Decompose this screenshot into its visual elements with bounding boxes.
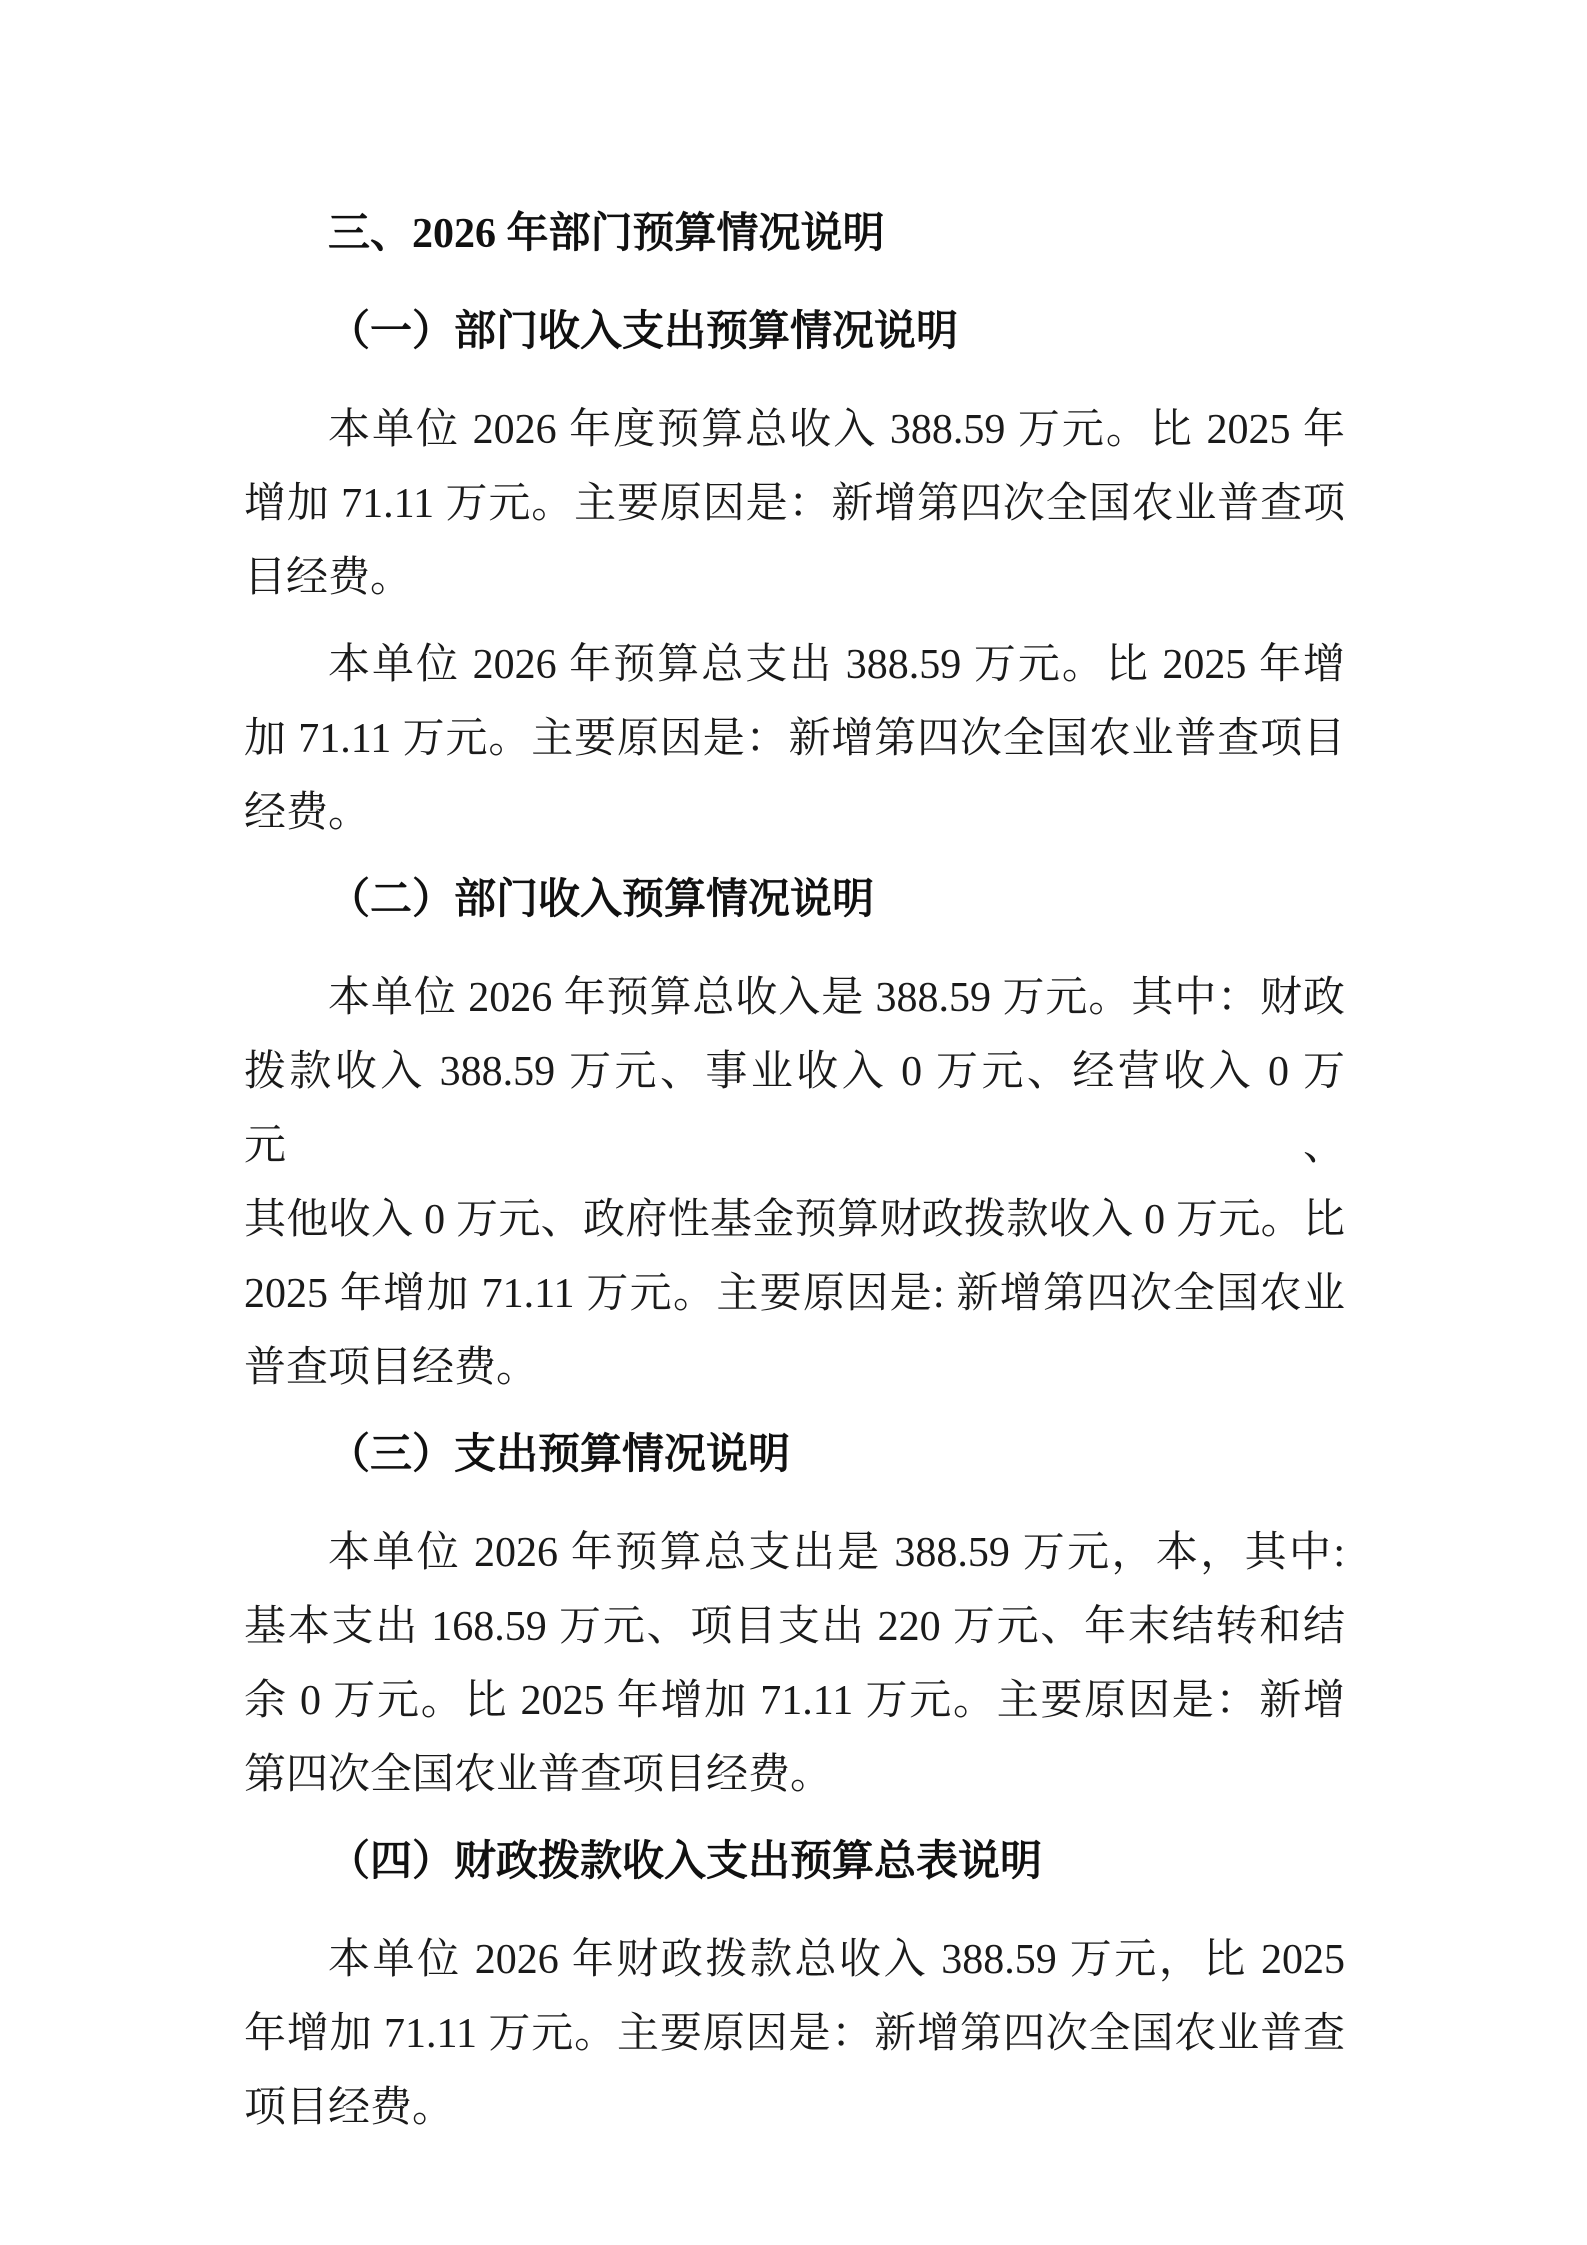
text-line: 本单位 2026 年预算总支出是 388.59 万元，本，其中: <box>244 1516 1345 1590</box>
text-line: 经费。 <box>244 776 1345 850</box>
section-heading-3: （三）支出预算情况说明 <box>244 1418 1345 1492</box>
text-line: 余 0 万元。比 2025 年增加 71.11 万元。主要原因是：新增 <box>244 1664 1345 1738</box>
text-line: 拨款收入 388.59 万元、事业收入 0 万元、经营收入 0 万元、 <box>244 1035 1345 1183</box>
section-heading-1: （一）部门收入支出预算情况说明 <box>244 295 1345 369</box>
text-line: 增加 71.11 万元。主要原因是：新增第四次全国农业普查项 <box>244 467 1345 541</box>
paragraph-expenditure-breakdown: 本单位 2026 年预算总支出是 388.59 万元，本，其中: 基本支出 16… <box>244 1516 1345 1812</box>
text-line: 第四次全国农业普查项目经费。 <box>244 1738 1345 1812</box>
text-line: 本单位 2026 年预算总支出 388.59 万元。比 2025 年增 <box>244 628 1345 702</box>
paragraph-income-breakdown: 本单位 2026 年预算总收入是 388.59 万元。其中：财政 拨款收入 38… <box>244 961 1345 1405</box>
section-heading-level1: 三、2026 年部门预算情况说明 <box>244 197 1345 271</box>
text-line: 2025 年增加 71.11 万元。主要原因是: 新增第四次全国农业 <box>244 1257 1345 1331</box>
text-line: 其他收入 0 万元、政府性基金预算财政拨款收入 0 万元。比 <box>244 1183 1345 1257</box>
text-line: 本单位 2026 年财政拨款总收入 388.59 万元，比 2025 <box>244 1923 1345 1997</box>
document-page: 三、2026 年部门预算情况说明 （一）部门收入支出预算情况说明 本单位 202… <box>0 0 1587 2245</box>
text-line: 项目经费。 <box>244 2071 1345 2145</box>
section-heading-2: （二）部门收入预算情况说明 <box>244 863 1345 937</box>
paragraph-expenditure-total: 本单位 2026 年预算总支出 388.59 万元。比 2025 年增 加 71… <box>244 628 1345 850</box>
text-line: 普查项目经费。 <box>244 1331 1345 1405</box>
text-line: 年增加 71.11 万元。主要原因是：新增第四次全国农业普查 <box>244 1997 1345 2071</box>
text-line: 加 71.11 万元。主要原因是：新增第四次全国农业普查项目 <box>244 702 1345 776</box>
text-line: 基本支出 168.59 万元、项目支出 220 万元、年末结转和结 <box>244 1590 1345 1664</box>
paragraph-fiscal-appropriation: 本单位 2026 年财政拨款总收入 388.59 万元，比 2025 年增加 7… <box>244 1923 1345 2145</box>
text-line: 本单位 2026 年度预算总收入 388.59 万元。比 2025 年 <box>244 393 1345 467</box>
text-line: 目经费。 <box>244 541 1345 615</box>
paragraph-income-expenditure-total: 本单位 2026 年度预算总收入 388.59 万元。比 2025 年 增加 7… <box>244 393 1345 615</box>
text-line: 本单位 2026 年预算总收入是 388.59 万元。其中：财政 <box>244 961 1345 1035</box>
section-heading-4: （四）财政拨款收入支出预算总表说明 <box>244 1825 1345 1899</box>
